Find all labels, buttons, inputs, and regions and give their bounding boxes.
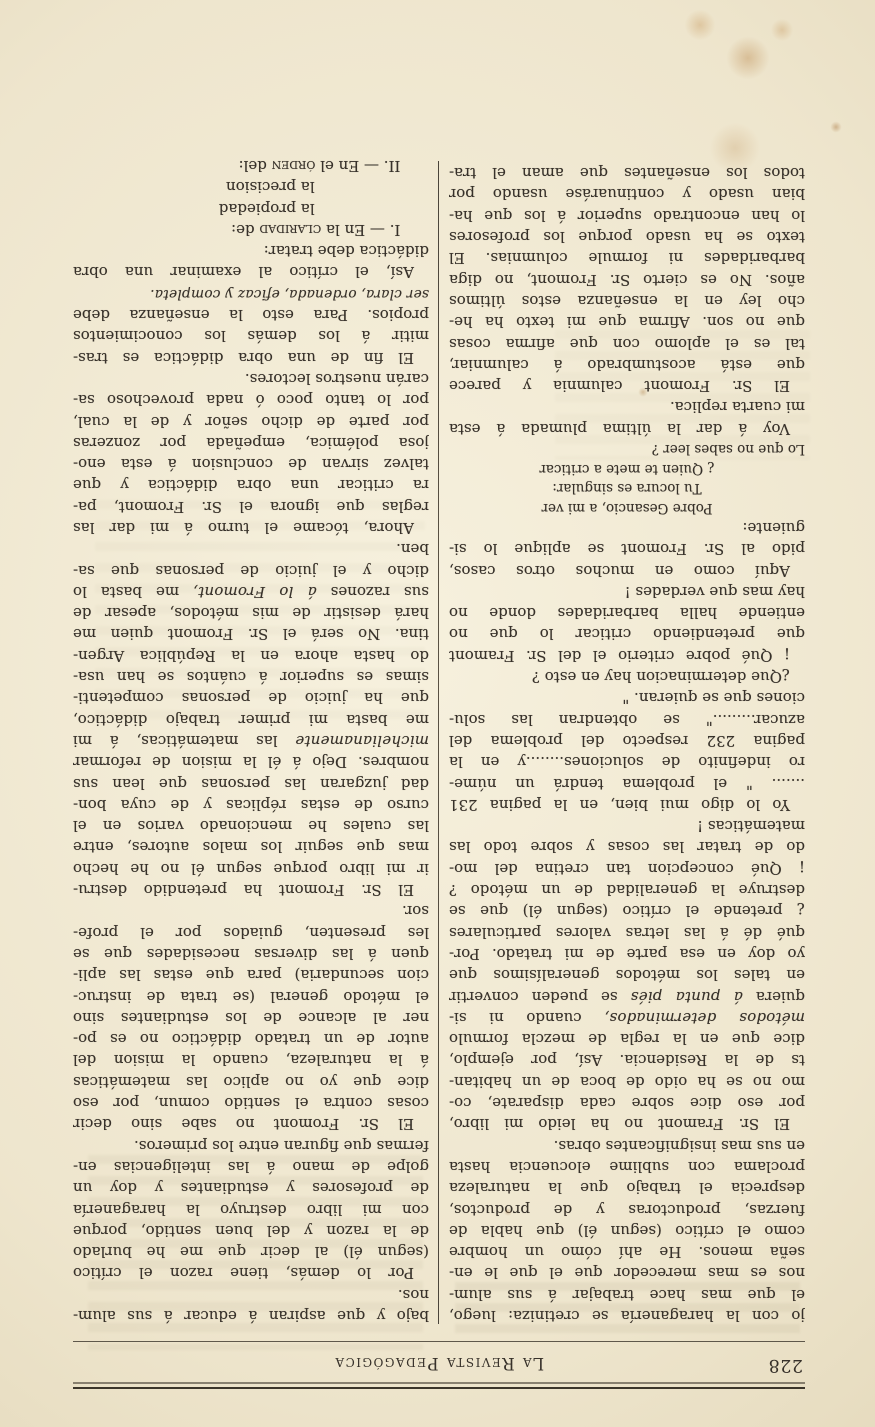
text-columns: jo con la haraganería se cretiniza: lueg… [73, 155, 805, 1326]
text-line: qué dé á las letras valores particulares [449, 921, 805, 942]
column-divider [439, 161, 440, 1324]
text-line: entiende halla barbaridades donde no [449, 602, 805, 623]
text-line: dicho y el juicio de personas que sa- [73, 559, 429, 580]
text-line: ra criticar una obra didáctica y que [73, 474, 429, 495]
text-line: El Sr. Fromont ha pretendido destru- [73, 879, 429, 900]
text-line: hay mas que verdades ! [449, 581, 805, 602]
text-line: mitir á los demás los conocimientos [73, 325, 429, 346]
text-line: ner al alcance de los estudiantes sino [73, 1007, 429, 1028]
text-line: en sus mas insignificantes obras. [449, 1134, 805, 1155]
text-line: curso de estas réplicas y de cuya bon- [73, 794, 429, 815]
text-line: todos los enseñantes que aman el tra- [449, 162, 805, 183]
text-line: el método general (se trata de instruc- [73, 985, 429, 1006]
text-line: El fin de una obra didáctica es tras- [73, 346, 429, 367]
page-content: 228 La Revista Pedagógica jo con la hara… [0, 155, 875, 1427]
text-line: quen á las diversas necesidades que se [73, 943, 429, 964]
text-line: ts de la Residencia. Así, por ejemplo, [449, 1049, 805, 1070]
text-line: texto se ha usado porque los profesores [449, 226, 805, 247]
text-line: ben. [73, 538, 429, 559]
text-line: me basta mi primer trabajo didáctico, [73, 708, 429, 729]
text-line: golpe de mano á las inteligencias en- [73, 1156, 429, 1177]
text-line: por lo tanto poco ó nada provechoso sa- [73, 389, 429, 410]
text-line: michelianamente las matemáticas, á mi [73, 730, 429, 751]
text-line: ciones que se quieran. " [449, 687, 805, 708]
text-line: la propiedad [73, 197, 429, 218]
text-line: de la razon y del buen sentido, porque [73, 1220, 429, 1241]
text-line: ....... " el problema tendrá un núme- [449, 772, 805, 793]
text-line: años. No es cierto Sr. Fromont, no diga [449, 268, 805, 289]
text-line: que ha juicio de personas competenti- [73, 687, 429, 708]
text-line: josa polémica, empeñada por zonzeras [73, 432, 429, 453]
text-line: El Sr. Fromont calumnia y parece [449, 375, 805, 396]
text-line: bajo y que aspiran á educar á sus alum- [73, 1305, 429, 1326]
text-line: II. — En el órden del: [73, 155, 429, 176]
text-line: ¿Que determinacion hay en esto ? [449, 666, 805, 687]
text-line: ¿ pretende el crítico (segun él) que se [449, 900, 805, 921]
text-line: pido al Sr. Fromont se aplique lo si- [449, 538, 805, 559]
text-line: el que mas hace trabajar á sus alum- [449, 1283, 805, 1304]
text-line: cosas contra el sentido comun, por eso [73, 1092, 429, 1113]
header-bottom-rule [73, 1341, 805, 1342]
text-line: como el crítico (segun él) que habla de [449, 1220, 805, 1241]
text-line: Tu locura es singular: [449, 478, 805, 498]
text-line: (segun él) al decir que me he burlado [73, 1241, 429, 1262]
text-line: El Sr. Fromont no sabe sino decir [73, 1113, 429, 1134]
text-line: autor de un tratado didáctico no es po- [73, 1028, 429, 1049]
text-line: mo no se ha oido de boca de un habitan- [449, 1070, 805, 1091]
header-top-rule [73, 1382, 805, 1389]
text-line: didáctica debe tratar: [73, 240, 429, 261]
text-line: mi cuarta replica. [449, 396, 805, 417]
text-line: Ahora, tócame el turno á mi dar las [73, 517, 429, 538]
text-line: ¡ Qué pobre criterio el del Sr. Framont [449, 645, 805, 666]
text-line: les presenten, guiados por el profe- [73, 921, 429, 942]
text-line: sus razones á lo Fromont, me basta lo [73, 581, 429, 602]
text-line: cion secundaria) para que estas las apli… [73, 964, 429, 985]
text-line: El Sr. Framont no ha leido mi libro, [449, 1113, 805, 1134]
text-line: propios. Para esto la enseñanza debe [73, 304, 429, 325]
text-line: tina. No será el Sr. Fromont quien me [73, 623, 429, 644]
text-line: ro indefinito de soluciones........y en … [449, 751, 805, 772]
text-line: Pobre Gesancio, a mi ver [449, 497, 805, 517]
text-line: sor. [73, 900, 429, 921]
text-line: por eso dice sobre cada disparate, co- [449, 1092, 805, 1113]
page-header: 228 La Revista Pedagógica [73, 1347, 805, 1375]
text-line: Lo que no sabes leer ? [449, 439, 805, 459]
text-line: cho ley en la enseñanza estos últimos [449, 290, 805, 311]
text-line: guiente: [449, 517, 805, 538]
text-line: que está acostumbrado á calumniar, [449, 354, 805, 375]
text-line: la precision [73, 176, 429, 197]
text-line: á la naturaleza, cuando la mision del [73, 1049, 429, 1070]
text-line: jo con la haraganería se cretiniza: lueg… [449, 1305, 805, 1326]
text-line: nos. [73, 1283, 429, 1304]
text-line: tal es el aplomo con que afirma cosas [449, 332, 805, 353]
text-line: ir mi libro porque segun él no he hecho [73, 857, 429, 878]
text-line: dice que en la regla de mezcla formulo [449, 1028, 805, 1049]
text-line: do de tratar las cosas y sobre todo las [449, 836, 805, 857]
text-line: las cuales he mencionado varios en el [73, 815, 429, 836]
text-line: ser clara, ordenada, eficaz y completa. [73, 282, 429, 303]
text-line: proclama con sublime elocuencia hasta [449, 1156, 805, 1177]
text-line: en tales los métodos generalísimos que [449, 964, 805, 985]
text-line: Así, el crítico al examinar una obra [73, 261, 429, 282]
text-line: métodos determinados, cuando ni si- [449, 1007, 805, 1028]
text-line: nos es mas merecedor que el que le en- [449, 1262, 805, 1283]
text-line: nombres. Dejo á él la mision de reformar [73, 751, 429, 772]
text-line: por parte de dicho señor y de la cual, [73, 410, 429, 431]
text-line: ¿ Quien te mete a criticar [449, 458, 805, 478]
text-line: bian usado y continuaráse usando por [449, 183, 805, 204]
text-line: simas es superior á cuántos se han usa- [73, 666, 429, 687]
text-line: matemáticas ! [449, 815, 805, 836]
text-line: mas que seguir los malos autores, entre [73, 836, 429, 857]
text-line: fermas que figuran entre los primeros. [73, 1134, 429, 1155]
text-line: que pretendiendo criticar lo que no [449, 623, 805, 644]
text-line: yo doy en esa parte de mi tratado. Por- [449, 943, 805, 964]
text-line: ¡ Qué concepcion tan cretina del mo- [449, 857, 805, 878]
text-line: do hasta ahora en la República Argen- [73, 645, 429, 666]
text-line: seña menos. He ahí cómo un hombre [449, 1241, 805, 1262]
text-line: dad juzgaran las personas que lean sus [73, 772, 429, 793]
text-line: que no son. Afirma que mi texto ha he- [449, 311, 805, 332]
scanned-page: 228 La Revista Pedagógica jo con la hara… [0, 0, 875, 1427]
text-line: desprecia el trabajo que la naturaleza [449, 1177, 805, 1198]
printed-sheet: 228 La Revista Pedagógica jo con la hara… [0, 0, 875, 1427]
text-line: azucar........." se obtendran las solu- [449, 708, 805, 729]
text-line: pagina 232 respecto del problema del [449, 730, 805, 751]
text-line: dice que yo no aplico las matemáticas [73, 1070, 429, 1091]
journal-title: La Revista Pedagógica [73, 1354, 805, 1373]
text-line: barbaridades ni formule columnias. El [449, 247, 805, 268]
text-line: hará desistir de mis métodos, apesar de [73, 602, 429, 623]
text-line: reglas que ignora el Sr. Fromont, pa- [73, 495, 429, 516]
text-line: quiera á punta piés se pueden convertir [449, 985, 805, 1006]
text-line: I. — En la claridad de: [73, 219, 429, 240]
text-line: Por lo demás, tiene razon el crítico [73, 1262, 429, 1283]
column-right: bajo y que aspiran á educar á sus alum-n… [73, 155, 429, 1326]
column-left: jo con la haraganería se cretiniza: lueg… [449, 155, 805, 1326]
text-line: Voy á dar la última plumada á esta [449, 417, 805, 438]
text-line: con mi libro destruyo la haraganería [73, 1198, 429, 1219]
text-line: fuerzas, productoras y de productos, [449, 1198, 805, 1219]
text-line: Aquí como en muchos otros casos, [449, 559, 805, 580]
text-line: Yo lo digo mui bien, en la pagina 231 [449, 794, 805, 815]
text-line: talvez sirvan de conclusion á esta eno- [73, 453, 429, 474]
text-line: destruye la generalidad de un método ? [449, 879, 805, 900]
text-line: lo han encontrado superior á los que ha- [449, 204, 805, 225]
text-line: carán nuestros lectores. [73, 368, 429, 389]
text-line: de profesores y estudiantes y doy un [73, 1177, 429, 1198]
